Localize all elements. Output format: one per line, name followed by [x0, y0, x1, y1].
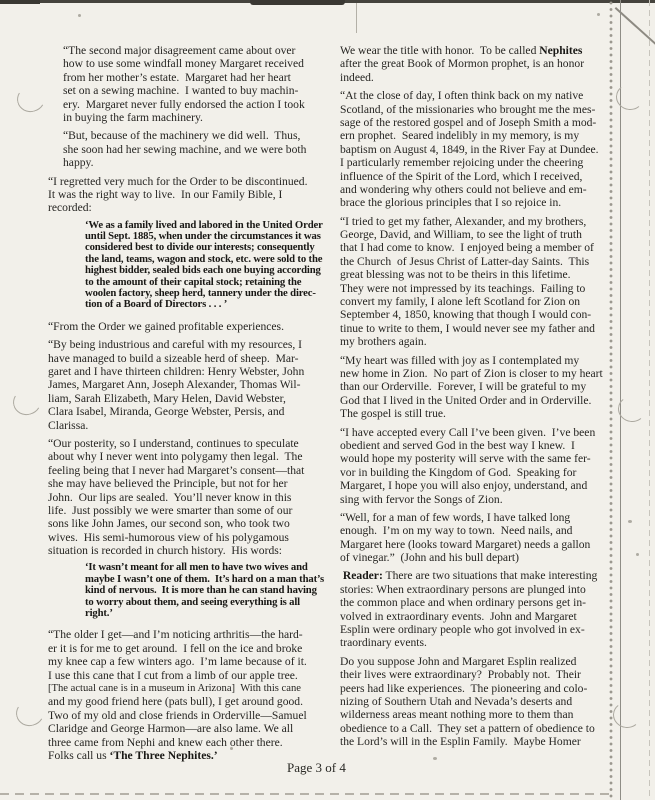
scan-speckle: [433, 757, 437, 760]
text-line: vor in building the Kingdom of God. Spea…: [340, 466, 606, 479]
text-line: Do you suppose John and Margaret Esplin …: [340, 655, 606, 668]
text-line: sage of the restored gospel and of Josep…: [340, 116, 606, 129]
text-line: September 4, 1850, knowing that though I…: [340, 308, 606, 321]
paragraph: Reader: There are two situations that ma…: [340, 569, 606, 649]
text-line: than our Orderville. Forever, I will be …: [340, 380, 606, 393]
text-line: [The actual cane is in a museum in Arizo…: [48, 682, 340, 695]
text-line: she soon had her sewing machine, and we …: [63, 143, 340, 156]
text-line: great blessing was not to be theirs in t…: [340, 268, 606, 281]
page-number-footer: Page 3 of 4: [287, 760, 346, 776]
text-line: “I have accepted every Call I’ve been gi…: [340, 426, 606, 439]
text-line: indeed.: [340, 71, 606, 84]
scan-speckle: [78, 14, 81, 17]
paragraph: “Well, for a man of few words, I have ta…: [340, 511, 606, 565]
text-line: of vinegar.” (John and his bull depart): [340, 551, 606, 564]
text-line: baptism on August 4, 1849, in the River …: [340, 143, 606, 156]
hole-punch-mark: [617, 395, 647, 423]
hole-punch-mark: [14, 83, 48, 115]
text-line: brace the glorious principles that I so …: [340, 196, 606, 209]
text-line: would hope my posterity will serve with …: [340, 452, 606, 465]
text-line: “But, because of the machinery we did we…: [63, 129, 340, 142]
paragraph: “I tried to get my father, Alexander, an…: [340, 215, 606, 349]
left-column: “The second major disagreement came abou…: [48, 44, 340, 767]
text-line: sing with fervor the Songs of Zion.: [340, 493, 606, 506]
text-line: “I regretted very much for the Order to …: [48, 175, 340, 188]
text-line: and wondering why others could not belie…: [340, 183, 606, 196]
right-dashed-line: [649, 0, 650, 800]
paragraph: “At the close of day, I often think back…: [340, 89, 606, 210]
text-line: Esplin were ordinary people who got invo…: [340, 623, 606, 636]
paragraph: We wear the title with honor. To be call…: [340, 44, 606, 84]
text-line: obedience to a Call. They set a pattern …: [340, 722, 606, 735]
text-line: that I had come to know. I enjoyed being…: [340, 241, 606, 254]
text-line: Two of my old and close friends in Order…: [48, 709, 340, 722]
text-line: set on a sewing machine. I wanted to buy…: [63, 84, 340, 97]
paragraph: ‘We as a family lived and labored in the…: [85, 220, 340, 311]
paragraph: Do you suppose John and Margaret Esplin …: [340, 655, 606, 749]
text-line: Clarissa.: [48, 419, 340, 432]
paragraph: “My heart was filled with joy as I conte…: [340, 354, 606, 421]
text-line: God that I lived in the United Order and…: [340, 394, 606, 407]
text-line: Reader: There are two situations that ma…: [340, 569, 606, 582]
text-line: to worry about them, and seeing everythi…: [85, 597, 340, 608]
text-line: “By being industrious and careful with m…: [48, 338, 340, 351]
scanned-document-page: “The second major disagreement came abou…: [0, 0, 655, 800]
text-line: obedient and served God in the best way …: [340, 439, 606, 452]
scan-top-edge-blob: [250, 0, 345, 5]
text-line: peers had like experiences. The pioneeri…: [340, 682, 606, 695]
text-line: Margaret, I hope you will also enjoy, un…: [340, 479, 606, 492]
text-line: have managed to build a sizeable herd of…: [48, 352, 340, 365]
text-line: convert my family, I alone left Scotland…: [340, 295, 606, 308]
text-line: she may have believed the Principle, but…: [48, 477, 340, 490]
text-line: feeling being that I never had Margaret’…: [48, 464, 340, 477]
paragraph: “Our posterity, so I understand, continu…: [48, 437, 340, 558]
text-line: the Church of Jesus Christ of Latter-day…: [340, 255, 606, 268]
text-line: liam, Sarah Elizabeth, Mary Helen, David…: [48, 392, 340, 405]
paragraph: “But, because of the machinery we did we…: [63, 129, 340, 169]
text-line: right.’: [85, 608, 340, 619]
text-line: garet and I have thirteen children: Henr…: [48, 365, 340, 378]
text-line: “Our posterity, so I understand, continu…: [48, 437, 340, 450]
text-line: traordinary events.: [340, 636, 606, 649]
text-line: wilderness areas meant nothing more to t…: [340, 708, 606, 721]
text-line: recorded:: [48, 201, 340, 214]
text-line: They were not impressed by its teachings…: [340, 282, 606, 295]
text-line: Margaret here (looks toward Margaret) ne…: [340, 538, 606, 551]
paragraph: “The second major disagreement came abou…: [63, 44, 340, 124]
text-line: tion of a Board of Directors . . . ’: [85, 299, 340, 310]
text-line: ern prophet. Seared indelibly in my memo…: [340, 129, 606, 142]
paragraph: “By being industrious and careful with m…: [48, 338, 340, 432]
text-line: I particularly remember rejoicing under …: [340, 156, 606, 169]
text-line: George, David, and William, to see the l…: [340, 228, 606, 241]
text-line: new home in Zion. No part of Zion is clo…: [340, 367, 606, 380]
right-column: We wear the title with honor. To be call…: [340, 44, 606, 754]
paragraph: “I regretted very much for the Order to …: [48, 175, 340, 215]
text-line: about why I never went into polygamy the…: [48, 450, 340, 463]
text-line: Clara Isabel, Miranda, George Webster, P…: [48, 405, 340, 418]
text-line: and my good friend here (pats bull), I g…: [48, 695, 340, 708]
text-line: “My heart was filled with joy as I conte…: [340, 354, 606, 367]
paragraph: “From the Order we gained profitable exp…: [48, 320, 340, 333]
text-line: “I tried to get my father, Alexander, an…: [340, 215, 606, 228]
text-line: how to use some windfall money Margaret …: [63, 57, 340, 70]
text-line: their lives were extraordinary? Probably…: [340, 668, 606, 681]
text-line: tinue to write to them, I would never se…: [340, 322, 606, 335]
text-line: James, Margaret Ann, Joseph Alexander, T…: [48, 378, 340, 391]
text-line: We wear the title with honor. To be call…: [340, 44, 606, 57]
text-line: the common place and when ordinary perso…: [340, 596, 606, 609]
text-line: volved in extraordinary events. John and…: [340, 610, 606, 623]
text-line: “The older I get—and I’m noticing arthri…: [48, 628, 340, 641]
text-line: Scotland, of the missionaries who brough…: [340, 103, 606, 116]
hole-punch-mark: [612, 701, 642, 729]
text-line: “The second major disagreement came abou…: [63, 44, 340, 57]
text-line: after the great Book of Mormon prophet, …: [340, 57, 606, 70]
text-line: “At the close of day, I often think back…: [340, 89, 606, 102]
text-line: wives. His semi-humorous view of his pol…: [48, 531, 340, 544]
text-line: from her mother’s estate. Margaret had h…: [63, 71, 340, 84]
text-line: “Well, for a man of few words, I have ta…: [340, 511, 606, 524]
text-line: highest bidder, sealed bids each one buy…: [85, 265, 340, 276]
fold-mark: [356, 3, 357, 33]
scan-speckle: [628, 520, 632, 523]
hole-punch-mark: [13, 697, 47, 729]
scan-speckle: [636, 553, 639, 556]
perforation-dots-strip: [606, 0, 616, 800]
text-line: situation is recorded in church history.…: [48, 544, 340, 557]
paragraph: ‘It wasn’t meant for all men to have two…: [85, 562, 340, 619]
text-line: my knee cap a few winters ago. I’m lame …: [48, 655, 340, 668]
text-line: I use this cane that I cut from a limb o…: [48, 669, 340, 682]
text-line: three came from Nephi and knew each othe…: [48, 736, 340, 749]
text-line: the Lord’s will in the Esplin Family. Ma…: [340, 735, 606, 748]
text-line: ery. Margaret never fully endorsed the a…: [63, 98, 340, 111]
text-line: Claridge and George Harmon—are also lame…: [48, 722, 340, 735]
text-line: kind of nervous. It is more than he can …: [85, 585, 340, 596]
text-line: nizing of Southern Utah and Nevada’s des…: [340, 695, 606, 708]
text-line: in buying the farm machinery.: [63, 111, 340, 124]
text-line: happy.: [63, 156, 340, 169]
text-line: er it is for me to get around. I fell on…: [48, 642, 340, 655]
paragraph: “The older I get—and I’m noticing arthri…: [48, 628, 340, 762]
bottom-perforation-line: [0, 793, 612, 795]
text-line: “From the Order we gained profitable exp…: [48, 320, 340, 333]
scan-top-edge-left: [0, 0, 40, 4]
text-line: enough. I’m on my way to town. Need nail…: [340, 524, 606, 537]
text-line: sons like John James, our second son, wh…: [48, 517, 340, 530]
text-line: stories: When extraordinary persons are …: [340, 583, 606, 596]
text-line: It was the right way to live. In our Fam…: [48, 188, 340, 201]
text-line: John. Our lips are sealed. You’ll never …: [48, 491, 340, 504]
text-line: The gospel is still true.: [340, 407, 606, 420]
hole-punch-mark: [10, 386, 44, 418]
text-line: influence of the Spirit of the Lord, whi…: [340, 170, 606, 183]
scan-speckle: [597, 13, 600, 16]
text-line: life. Just possibly we were smarter than…: [48, 504, 340, 517]
text-line: my brothers again.: [340, 335, 606, 348]
paragraph: “I have accepted every Call I’ve been gi…: [340, 426, 606, 506]
